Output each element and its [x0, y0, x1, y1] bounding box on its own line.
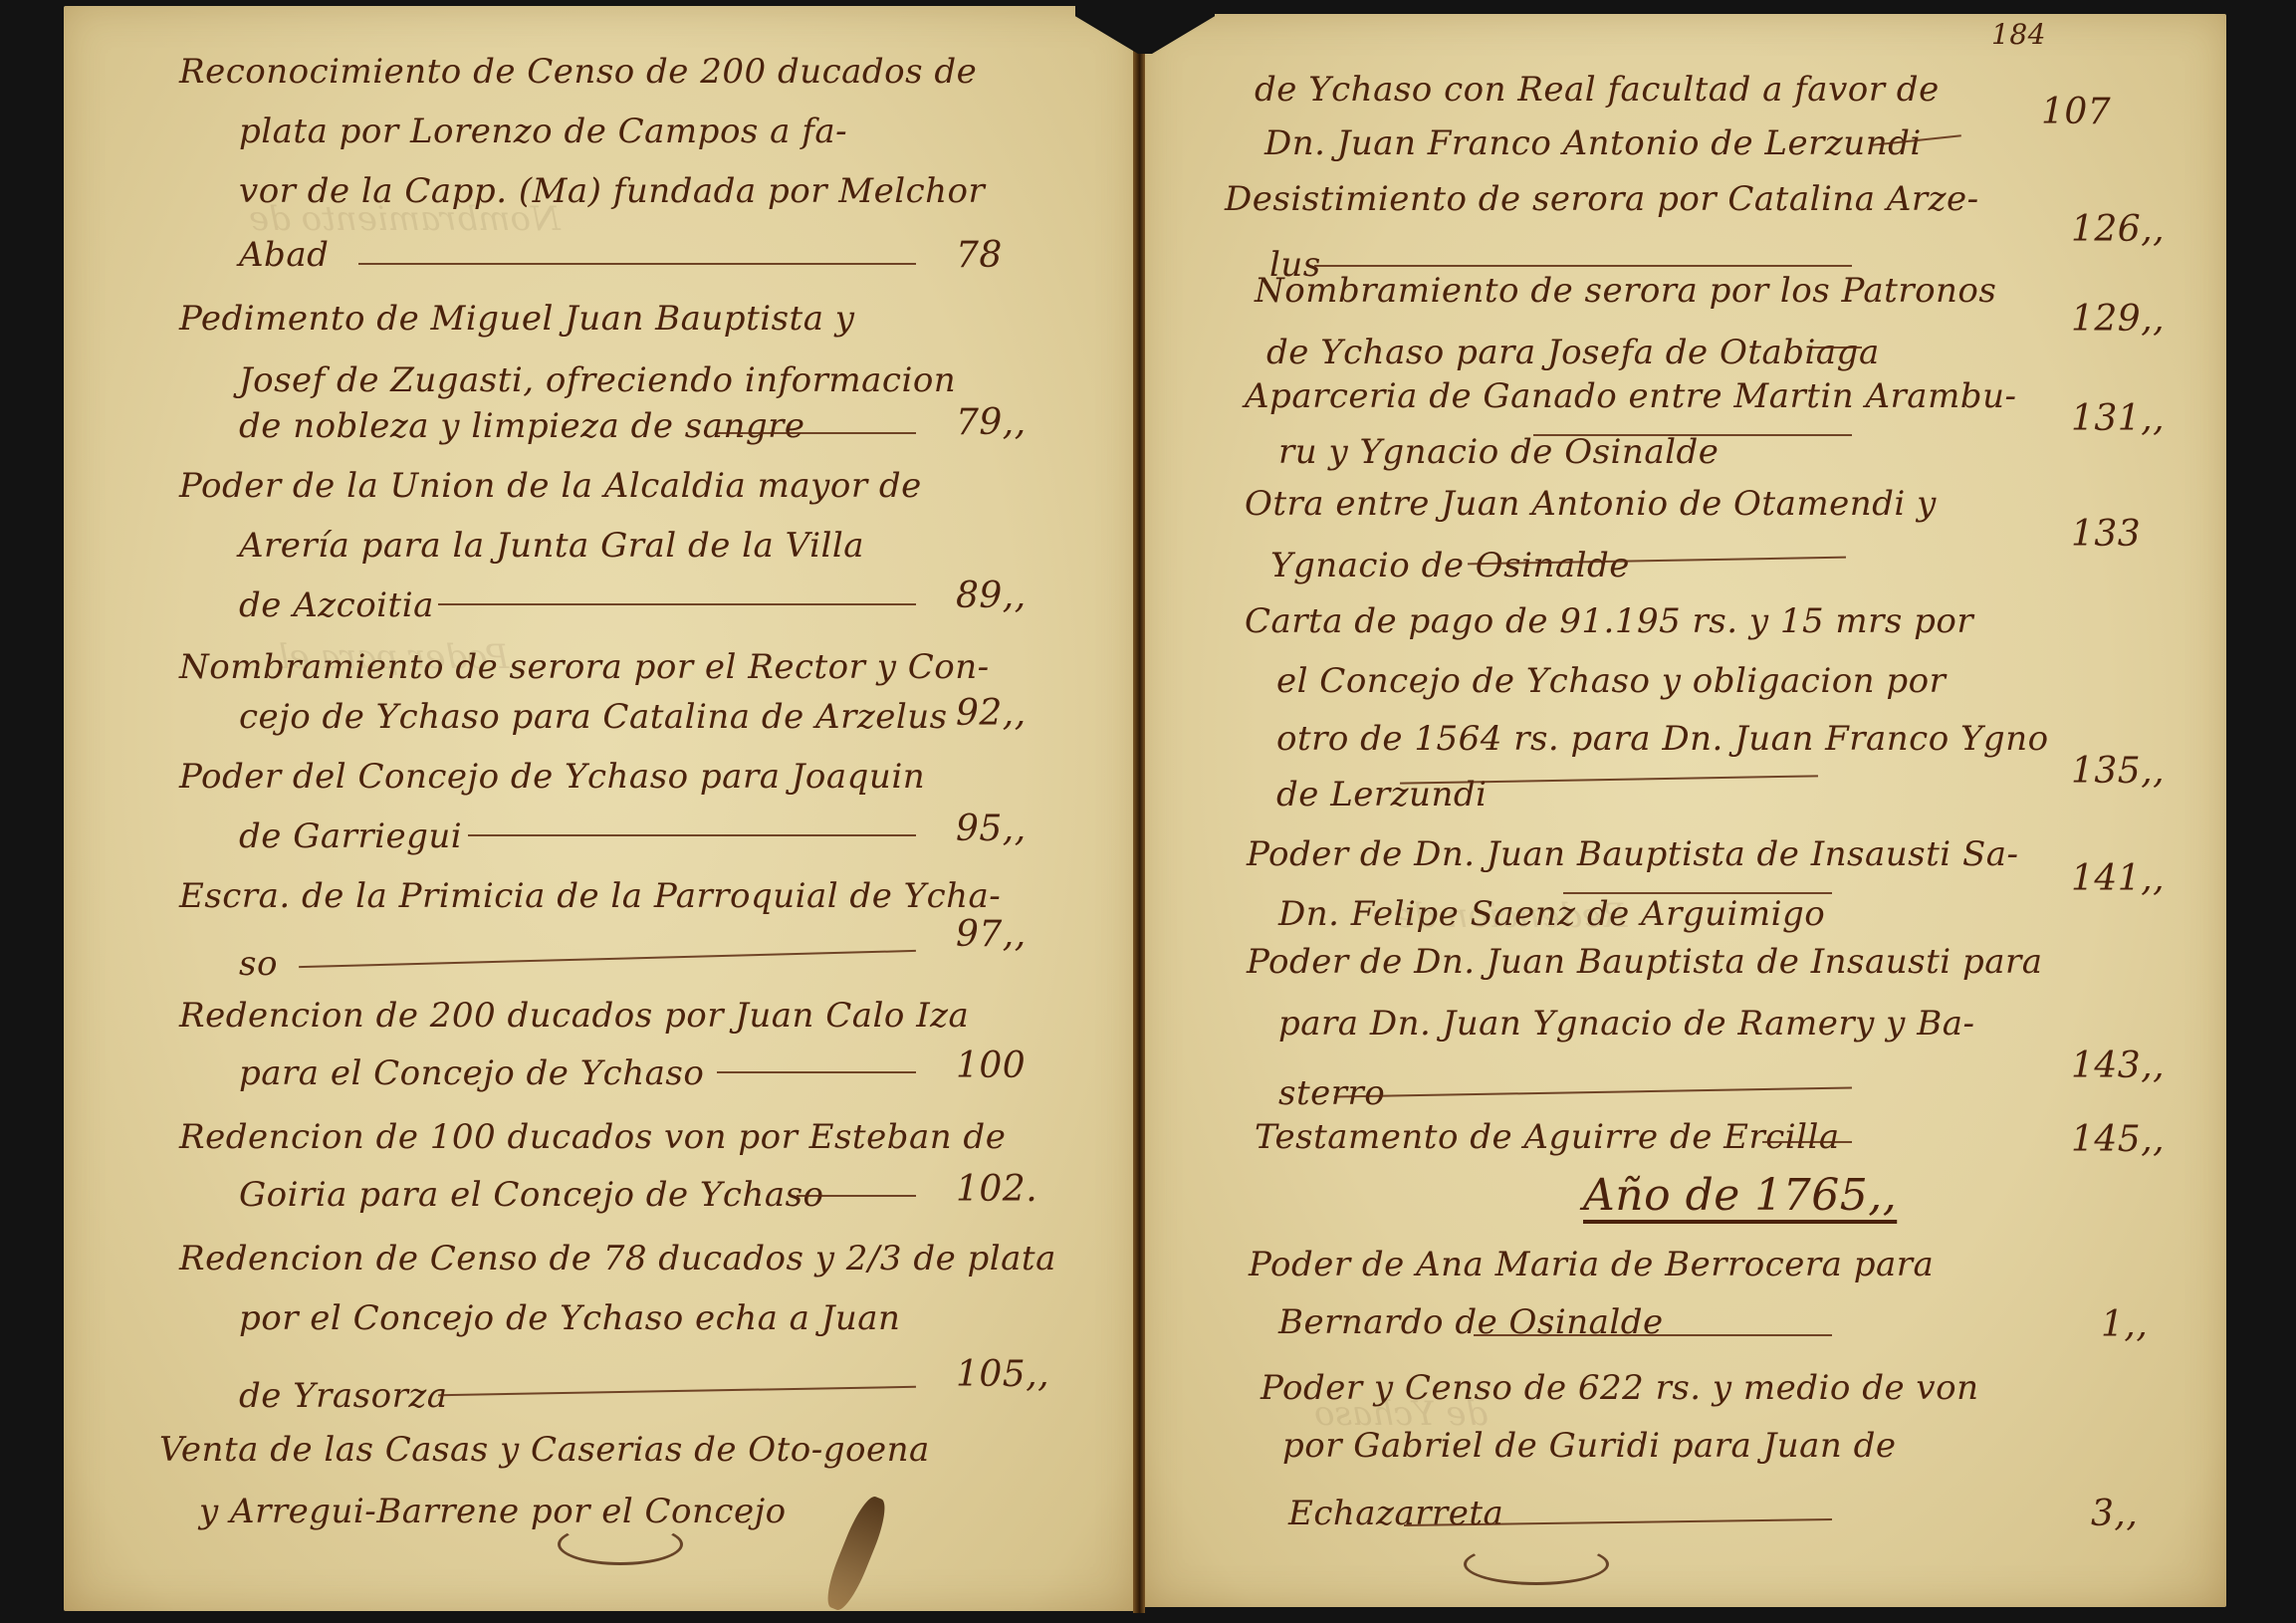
entry-line: Redencion de 100 ducados von por Esteban…	[179, 1117, 1006, 1157]
page-reference: 135,,	[2071, 751, 2165, 792]
page-reference: 97,,	[956, 914, 1027, 955]
leader-line	[358, 263, 916, 265]
entry-line: el Concejo de Ychaso y obligacion por	[1276, 661, 1946, 701]
entry-line: Goiria para el Concejo de Ychaso	[239, 1175, 824, 1215]
leader-line	[468, 834, 916, 836]
entry-line: ru y Ygnacio de Osinalde	[1278, 432, 1719, 472]
page-reference: 92,,	[956, 693, 1027, 734]
entry-line: so	[239, 944, 278, 984]
page-reference: 107	[2041, 92, 2111, 132]
entry-line: Redencion de 200 ducados por Juan Calo I…	[179, 996, 969, 1036]
page-reference: 105,,	[956, 1354, 1049, 1395]
entry-line: Poder de Dn. Juan Bauptista de Insausti …	[1247, 834, 2019, 874]
leader-line	[1474, 1334, 1832, 1336]
manuscript-spread: Nombramiento de Poder para el Redencion …	[0, 0, 2296, 1623]
entry-line: por el Concejo de Ychaso echa a Juan	[239, 1298, 900, 1338]
leader-line	[1533, 434, 1852, 436]
entry-line: para Dn. Juan Ygnacio de Ramery y Ba-	[1278, 1004, 1974, 1043]
page-reference: 95,,	[956, 809, 1027, 849]
entry-line: cejo de Ychaso para Catalina de Arzelus	[239, 697, 948, 737]
leader-line	[1314, 265, 1852, 267]
page-reference: 89,,	[956, 576, 1027, 616]
page-reference: 78	[956, 235, 1003, 276]
entry-line: Nombramiento de serora por el Rector y C…	[179, 647, 990, 687]
page-reference: 131,,	[2071, 398, 2165, 439]
entry-line: Aparceria de Ganado entre Martin Arambu-	[1245, 376, 2016, 416]
entry-line: Desistimiento de serora por Catalina Arz…	[1225, 179, 1979, 219]
signature-flourish	[1464, 1543, 1609, 1585]
page-reference: 102.	[956, 1169, 1037, 1210]
entry-line: Nombramiento de serora por los Patronos	[1255, 271, 1996, 311]
entry-line: Abad	[239, 235, 329, 275]
entry-line: de nobleza y limpieza de sangre	[239, 406, 805, 446]
book-gutter	[1133, 40, 1145, 1613]
entry-line: Dn. Juan Franco Antonio de Lerzundi	[1264, 123, 1922, 163]
entry-line: Testamento de Aguirre de Ercilla	[1255, 1117, 1840, 1157]
page-reference: 79,,	[956, 402, 1027, 443]
entry-line: para el Concejo de Ychaso	[239, 1053, 704, 1093]
entry-line: Reconocimiento de Censo de 200 ducados d…	[179, 52, 977, 92]
page-reference: 126,,	[2071, 209, 2165, 250]
entry-line: Otra entre Juan Antonio de Otamendi y	[1245, 484, 1937, 524]
page-reference: 141,,	[2071, 858, 2165, 899]
page-reference: 133	[2071, 514, 2141, 555]
signature-flourish	[558, 1523, 683, 1565]
page-reference: 3,,	[2091, 1494, 2138, 1534]
entry-line: Poder de Ana Maria de Berrocera para	[1249, 1245, 1934, 1284]
entry-line: Redencion de Censo de 78 ducados y 2/3 d…	[179, 1239, 1056, 1278]
entry-line: de Ychaso para Josefa de Otabiaga	[1266, 333, 1880, 372]
page-reference: 143,,	[2071, 1045, 2165, 1086]
entry-line: otro de 1564 rs. para Dn. Juan Franco Yg…	[1276, 719, 2049, 759]
entry-line: Poder de la Union de la Alcaldia mayor d…	[179, 466, 922, 506]
leader-line	[1812, 347, 1862, 348]
entry-line: de Garriegui	[239, 816, 462, 856]
entry-line: Escra. de la Primicia de la Parroquial d…	[179, 876, 1001, 916]
page-reference: 129,,	[2071, 299, 2165, 340]
entry-line: Pedimento de Miguel Juan Bauptista y	[179, 299, 855, 339]
entry-line: vor de la Capp. (Ma) fundada por Melchor	[239, 171, 985, 211]
section-heading-year: Año de 1765,,	[1583, 1170, 1897, 1221]
leader-line	[717, 432, 916, 434]
entry-line: Echazarreta	[1288, 1494, 1503, 1533]
leader-line	[797, 1195, 916, 1197]
entry-line: Poder del Concejo de Ychaso para Joaquin	[179, 757, 925, 797]
page-reference: 100	[956, 1045, 1026, 1086]
page-reference: 145,,	[2071, 1119, 2165, 1160]
entry-line: Bernardo de Osinalde	[1278, 1302, 1664, 1342]
entry-line: sterro	[1278, 1073, 1385, 1113]
entry-line: plata por Lorenzo de Campos a fa-	[239, 112, 847, 151]
page-reference: 1,,	[2101, 1304, 2148, 1345]
entry-line: por Gabriel de Guridi para Juan de	[1282, 1426, 1897, 1466]
folio-number: 184	[1991, 18, 2046, 51]
entry-line: Poder de Dn. Juan Bauptista de Insausti …	[1247, 942, 2043, 982]
entry-line: de Ychaso con Real facultad a favor de	[1255, 70, 1940, 110]
entry-line: Dn. Felipe Saenz de Arguimigo	[1278, 894, 1825, 934]
entry-line: y Arregui-Barrene por el Concejo	[199, 1492, 787, 1531]
leader-line	[1762, 1141, 1852, 1143]
entry-line: Ygnacio de Osinalde	[1270, 546, 1630, 585]
entry-line: Arería para la Junta Gral de la Villa	[239, 526, 864, 566]
entry-line: Josef de Zugasti, ofreciendo informacion	[239, 360, 956, 400]
entry-line: de Yrasorza	[239, 1376, 448, 1416]
entry-line: Poder y Censo de 622 rs. y medio de von	[1261, 1368, 1978, 1408]
entry-line: Venta de las Casas y Caserias de Oto-goe…	[159, 1430, 930, 1470]
leader-line	[717, 1071, 916, 1073]
leader-line	[438, 603, 916, 605]
leader-line	[1563, 892, 1832, 894]
entry-line: Carta de pago de 91.195 rs. y 15 mrs por	[1245, 601, 1973, 641]
entry-line: de Azcoitia	[239, 585, 434, 625]
